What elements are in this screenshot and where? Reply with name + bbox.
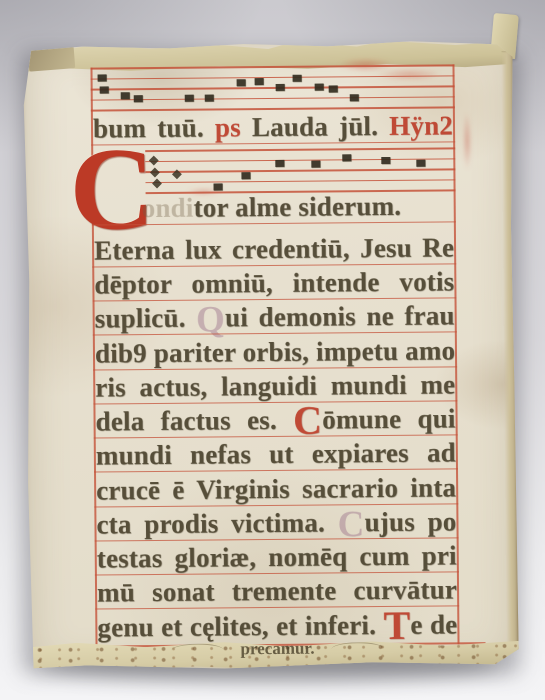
neume-square: [121, 92, 130, 99]
staff-line: [91, 85, 455, 90]
text-segment: bum tuū.: [93, 112, 215, 143]
text-segment: testas gloriæ, nomēq cum pri: [97, 540, 457, 573]
photo-background: C bum tuū. ps Lauda jūl. Hÿn2onditor alm…: [0, 0, 545, 700]
neume-square: [311, 161, 320, 168]
staff-line: [145, 179, 455, 183]
text-segment: ujus po: [364, 506, 456, 537]
text-segment: T: [383, 603, 410, 648]
music-staff: [90, 64, 454, 109]
text-segment: cta prodis victima.: [96, 507, 337, 539]
neume-square: [275, 160, 284, 167]
text-segment: mundi nefas ut expiares ad: [96, 437, 456, 470]
text-line: suplicū. Qui demonis ne frau: [95, 300, 455, 335]
text-line: cta prodis victima. Cujus po: [96, 506, 456, 541]
neume-square: [237, 79, 246, 86]
neume-square: [329, 85, 338, 92]
text-segment: dela factus es.: [95, 405, 293, 437]
text-segment: ōmune qui: [322, 403, 456, 434]
text-line: crucē ē Virginis sacrario inta: [96, 472, 456, 507]
text-segment: tor alme siderum.: [193, 191, 401, 223]
staff-line: [91, 75, 455, 80]
neume-square: [350, 94, 359, 101]
music-staves: [22, 38, 514, 42]
catchword-text: precamur.: [240, 639, 314, 659]
text-segment: suplicū.: [95, 303, 197, 334]
neume-square: [205, 94, 214, 101]
top-left-corner-flap: [28, 44, 76, 72]
text-line: dēptor omniū, intende votis: [94, 266, 454, 301]
text-line: ris actus, languidi mundi me: [95, 369, 455, 404]
text-segment: dib9 pariter orbis, impetu amo: [95, 335, 456, 368]
text-segment: ui demonis ne frau: [225, 300, 455, 332]
text-line: onditor alme siderum.: [142, 190, 462, 225]
text-segment: ps: [215, 112, 252, 142]
text-line: mundi nefas ut expiares ad: [96, 437, 456, 472]
neume-square: [185, 95, 194, 102]
text-segment: ris actus, languidi mundi me: [95, 369, 455, 402]
neume-square: [315, 84, 324, 91]
text-line: Eterna lux credentiū, Jesu Re: [94, 232, 454, 267]
text-segment: ondi: [142, 193, 194, 223]
neume-square: [416, 160, 425, 167]
neume-square: [100, 86, 109, 93]
staff-line: [91, 96, 455, 101]
text-segment: Eterna lux credentiū, Jesu Re: [94, 232, 454, 265]
neume-square: [241, 172, 250, 179]
neume-square: [98, 74, 107, 81]
text-segment: dēptor omniū, intende votis: [94, 266, 454, 299]
staff-line: [145, 168, 455, 172]
music-staff: [145, 147, 455, 192]
neume-square: [342, 154, 351, 161]
text-segment: Hÿn2: [389, 110, 453, 141]
text-line: dela factus es. Cōmune qui: [95, 403, 455, 438]
catchword: precamur.: [177, 638, 377, 660]
text-segment: Lauda jūl.: [252, 111, 390, 142]
neume-square: [381, 157, 390, 164]
text-block: bum tuū. ps Lauda jūl. Hÿn2onditor alme …: [22, 38, 514, 42]
text-line: dib9 pariter orbis, impetu amo: [95, 335, 455, 370]
neume-square: [214, 183, 223, 190]
text-segment: crucē ē Virginis sacrario inta: [96, 472, 456, 505]
neume-square: [276, 84, 285, 91]
red-bleedthrough-marks: [459, 93, 476, 188]
neume-square: [255, 78, 264, 85]
text-segment: e de: [410, 609, 457, 639]
neume-square: [293, 75, 302, 82]
manuscript-leaf: C bum tuū. ps Lauda jūl. Hÿn2onditor alm…: [22, 38, 519, 672]
text-line: testas gloriæ, nomēq cum pri: [97, 540, 457, 575]
neume-square: [134, 95, 143, 102]
staff-line: [145, 147, 455, 151]
staff-line: [145, 158, 455, 162]
text-line: bum tuū. ps Lauda jūl. Hÿn2: [93, 110, 453, 145]
